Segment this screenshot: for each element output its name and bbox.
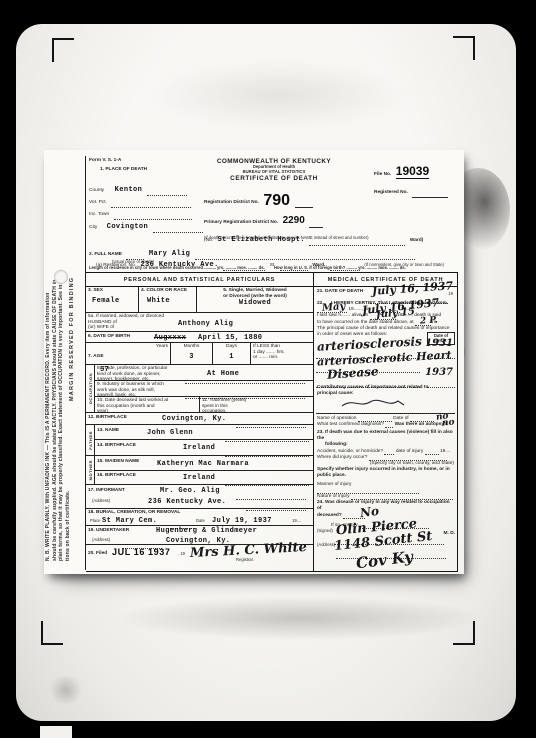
personal-column: PERSONAL AND STATISTICAL PARTICULARS 3. … bbox=[86, 273, 314, 571]
scan-edge-tab bbox=[40, 726, 72, 738]
manner-label: Manner of injury bbox=[317, 482, 351, 487]
occupation-block: OCCUPATION 8. Trade, profession, or part… bbox=[86, 365, 313, 413]
punch-hole bbox=[54, 270, 68, 284]
row-trade: 8. Trade, profession, or particular kind… bbox=[95, 365, 313, 381]
age-label: 7. AGE bbox=[88, 354, 104, 359]
race-cell: 4. COLOR OR RACE White bbox=[138, 287, 196, 312]
last-worked-cell: 10. Date deceased last worked at this oc… bbox=[95, 397, 199, 412]
row-filed: 20. Filed JUL 16 1937 , 19 Mrs H. C. Whi… bbox=[86, 545, 313, 563]
registration-district-label: Registration District No. bbox=[204, 200, 259, 205]
manner-line: Manner of injury bbox=[314, 482, 457, 494]
informant-address-value: 236 Kentucky Ave. bbox=[148, 498, 226, 506]
personal-section-title: PERSONAL AND STATISTICAL PARTICULARS bbox=[86, 273, 313, 287]
mother-birthplace-label: 16. BIRTHPLACE bbox=[97, 473, 136, 479]
filed-date-stamp: JUL 16 1937 bbox=[112, 547, 170, 557]
certificate-title: CERTIFICATE OF DEATH bbox=[204, 175, 344, 182]
row-spouse: 5a. If married, widowed, or divorced HUS… bbox=[86, 313, 313, 332]
crop-mark-top-right bbox=[453, 36, 475, 60]
row-father-name: 13. NAME John Glenn bbox=[95, 425, 313, 440]
row-industry: 9. Industry or business in which work wa… bbox=[95, 381, 313, 397]
registered-no-line: Registered No. bbox=[374, 180, 458, 198]
date-of-death-value: July 16, 1937 bbox=[372, 283, 453, 295]
dob-value: April 15, 1880 bbox=[198, 334, 262, 342]
city-line: City Covington bbox=[89, 215, 219, 233]
race-label: 4. COLOR OR RACE bbox=[141, 288, 194, 294]
marital-label: 5. Single, Married, Widowedor Divorced (… bbox=[199, 288, 311, 299]
rule-line bbox=[412, 192, 448, 198]
accident-label: Accident, suicide, or homicide? bbox=[317, 449, 383, 454]
months-label: Months bbox=[173, 344, 210, 350]
father-name-value: John Glenn bbox=[147, 429, 193, 437]
length-note: Length of residence in city or town wher… bbox=[89, 265, 265, 270]
informant-value: Mr. Geo. Alig bbox=[160, 487, 220, 495]
birthplace-label: 12. BIRTHPLACE bbox=[88, 415, 127, 421]
father-birthplace-value: Ireland bbox=[183, 444, 215, 452]
mother-name-label: 15. MAIDEN NAME bbox=[97, 459, 139, 465]
file-no-label: File No. bbox=[374, 172, 391, 177]
cause-of-death-1: arteriosclerosis bbox=[317, 338, 422, 350]
registration-district-number: 790 bbox=[263, 192, 290, 209]
undertaker-address-label: (Address) bbox=[92, 538, 110, 543]
age-days-cell: Days 1 bbox=[212, 343, 250, 364]
occupation-side-label: OCCUPATION bbox=[86, 365, 95, 412]
registration-district-line: Registration District No. 790 bbox=[204, 190, 364, 208]
rule-line bbox=[295, 202, 313, 208]
row-informant: 17. INFORMANT Mr. Geo. Alig (Address) 23… bbox=[86, 485, 313, 509]
city-label: City bbox=[89, 225, 97, 230]
margin-instructions: N. B. WRITE PLAINLY, With UNFADING INK —… bbox=[45, 181, 71, 561]
injury-date-label: date of injury bbox=[396, 449, 423, 454]
age-months-value: 3 bbox=[173, 353, 210, 361]
filed-year-suffix: , 19 bbox=[178, 552, 185, 557]
burial-date-label: Date bbox=[196, 519, 205, 524]
cause-line-3: Disease 1937 bbox=[314, 370, 457, 385]
cause-of-death-2b: Disease bbox=[327, 368, 379, 378]
sex-label: 3. SEX bbox=[88, 288, 136, 294]
signed-label: (Signed) bbox=[317, 528, 333, 533]
if-less-label: If LESS than 1 day ....... hrs. or .....… bbox=[253, 344, 311, 361]
row-date-of-birth: 6. DATE OF BIRTH Augxxxx April 15, 1880 bbox=[86, 332, 313, 343]
address-label: (Address) bbox=[317, 542, 335, 547]
burial-date-value: July 19, 1937 bbox=[212, 517, 272, 525]
dob-struck-value: Augxxxx bbox=[154, 334, 186, 342]
injury-year: 19.... bbox=[440, 449, 451, 454]
mother-name-value: Katheryn Mac Narmara bbox=[157, 460, 249, 468]
primary-registration-number: 2290 bbox=[283, 215, 305, 226]
dotted-line bbox=[153, 227, 203, 233]
md-label: M. D. bbox=[444, 531, 455, 537]
age-years-cell: 7. AGE Years 57 bbox=[86, 343, 170, 364]
race-value: White bbox=[147, 297, 194, 305]
filed-label: 20. Filed bbox=[88, 551, 107, 557]
autopsy-line: What test confirmed diagnosis? Was there… bbox=[314, 422, 457, 428]
undertaker-value: Hugenberg & Glindmeyer bbox=[156, 527, 257, 535]
registered-no-label: Registered No. bbox=[374, 190, 408, 195]
row-mother-birthplace: 16. BIRTHPLACE Ireland bbox=[95, 471, 313, 484]
registrar-label: Registrar. bbox=[236, 558, 254, 563]
dob-label: 6. DATE OF BIRTH bbox=[88, 334, 130, 340]
specify-where-line-2: public place. bbox=[314, 473, 457, 479]
marital-cell: 5. Single, Married, Widowedor Divorced (… bbox=[196, 287, 313, 312]
date-of-label: Date of bbox=[393, 416, 408, 421]
address-line-2: Cov Ky bbox=[314, 557, 457, 573]
row-father-birthplace: 14. BIRTHPLACE Ireland bbox=[95, 440, 313, 455]
row-birthplace: 12. BIRTHPLACE Covington, Ky. bbox=[86, 413, 313, 425]
foreign-note: How long in U. S. if of foreign birth? .… bbox=[274, 265, 406, 270]
father-name-label: 13. NAME bbox=[97, 428, 119, 434]
years-label: Years bbox=[156, 344, 168, 350]
main-box: PERSONAL AND STATISTICAL PARTICULARS 3. … bbox=[86, 272, 458, 572]
institution-note: (If death occurred in a hospital or inst… bbox=[204, 236, 458, 241]
row-sex-race-marital: 3. SEX Female 4. COLOR OR RACE White 5. … bbox=[86, 287, 313, 313]
where-label: Where did injury occur? bbox=[317, 455, 367, 460]
father-block: FATHER 13. NAME John Glenn 14. BIRTHPLAC… bbox=[86, 425, 313, 456]
autopsy-label: Was there an autopsy? bbox=[395, 422, 447, 427]
nature-label: Nature of injury bbox=[317, 494, 350, 499]
birthplace-value: Covington, Ky. bbox=[162, 415, 226, 423]
burial-year-suffix: 19.... bbox=[292, 519, 301, 524]
dotted-line bbox=[316, 408, 452, 414]
test-label: What test confirmed diagnosis? bbox=[317, 422, 384, 427]
informant-label: 17. INFORMANT bbox=[88, 488, 125, 494]
mother-block: MOTHER 15. MAIDEN NAME Katheryn Mac Narm… bbox=[86, 456, 313, 485]
row-mother-name: 15. MAIDEN NAME Katheryn Mac Narmara bbox=[95, 456, 313, 471]
days-label: Days bbox=[215, 344, 248, 350]
mother-side-label: MOTHER bbox=[86, 456, 95, 484]
burial-place-label: Place bbox=[90, 519, 100, 524]
sex-value: Female bbox=[92, 297, 136, 305]
row-age: 7. AGE Years 57 Months 3 Days 1 bbox=[86, 343, 313, 365]
certificate-form: Form V. S. 1-A 1. PLACE OF DEATH County … bbox=[85, 156, 458, 570]
medical-column: MEDICAL CERTIFICATE OF DEATH 21. DATE OF… bbox=[314, 273, 457, 571]
occupation-question-line: 24. Was disease or injury in any way rel… bbox=[314, 500, 457, 512]
spouse-value: Anthony Alig bbox=[178, 320, 233, 328]
sex-cell: 3. SEX Female bbox=[86, 287, 138, 312]
primary-registration-line: Primary Registration District No. 2290 bbox=[204, 210, 374, 228]
age-hours-cell: If LESS than 1 day ....... hrs. or .....… bbox=[250, 343, 313, 364]
margin-binding-note: MARGIN RESERVED FOR BINDING bbox=[69, 201, 75, 401]
age-months-cell: Months 3 bbox=[170, 343, 212, 364]
marital-value: Widowed bbox=[199, 299, 311, 307]
hour-of-death-value: 2 P. bbox=[420, 317, 438, 324]
burial-label: 18. BURIAL, CREMATION, OR REMOVAL bbox=[88, 510, 180, 516]
death-certificate: N. B. WRITE PLAINLY, With UNFADING INK —… bbox=[44, 150, 464, 574]
length-of-residence-note: Length of residence in city or town wher… bbox=[89, 266, 458, 271]
crop-mark-bottom-left bbox=[41, 621, 63, 645]
certificate-header: Form V. S. 1-A 1. PLACE OF DEATH County … bbox=[86, 156, 458, 272]
row-burial: 18. BURIAL, CREMATION, OR REMOVAL Place … bbox=[86, 509, 313, 526]
date-of-death-label: 21. DATE OF DEATH bbox=[317, 289, 363, 294]
occurred-text-1: to have occurred on the date stated abov… bbox=[317, 320, 414, 325]
file-number: 19039 bbox=[396, 164, 429, 179]
physician-city: Cov Ky bbox=[356, 553, 413, 566]
occupation-answer: No bbox=[360, 507, 380, 516]
place-of-death-label: 1. PLACE OF DEATH bbox=[100, 167, 147, 173]
file-no-line: File No. 19039 bbox=[374, 162, 458, 180]
father-birthplace-label: 14. BIRTHPLACE bbox=[97, 443, 136, 449]
cause-of-death-2: arteriosclerotic Heart bbox=[317, 353, 452, 366]
contributory-answer bbox=[314, 398, 457, 412]
total-time-cell: 11. Total time (years) spent in this occ… bbox=[199, 397, 313, 412]
dod-year-printed: 19 bbox=[448, 292, 453, 297]
dotted-line bbox=[236, 494, 306, 500]
operation-label: Name of operation bbox=[317, 416, 356, 421]
commonwealth-block: COMMONWEALTH OF KENTUCKY Department of H… bbox=[204, 158, 344, 182]
father-side-label: FATHER bbox=[86, 425, 95, 455]
age-days-value: 1 bbox=[215, 353, 248, 361]
row-last-worked: 10. Date deceased last worked at this oc… bbox=[95, 397, 313, 412]
mother-birthplace-value: Ireland bbox=[183, 474, 215, 482]
form-number: Form V. S. 1-A bbox=[89, 158, 121, 164]
city-value: Covington bbox=[107, 223, 148, 231]
external-causes-line: 23. If death was due to external causes … bbox=[314, 430, 457, 442]
trade-value: At Home bbox=[207, 370, 239, 378]
spouse-label: 5a. If married, widowed, or divorced HUS… bbox=[88, 314, 164, 331]
cause-2-onset-year: 1937 bbox=[425, 370, 453, 376]
deceased-label: deceased? bbox=[317, 513, 342, 518]
dotted-line bbox=[385, 422, 393, 428]
last-saw-text: I last saw h....... alive on bbox=[317, 313, 368, 318]
undertaker-label: 19. UNDERTAKER bbox=[88, 528, 129, 534]
primary-registration-label: Primary Registration District No. bbox=[204, 220, 278, 225]
autopsy-answer: no bbox=[442, 419, 455, 426]
crop-mark-top-left bbox=[52, 38, 74, 62]
cause-1-onset-year: 1931 bbox=[425, 341, 453, 347]
crop-mark-bottom-right bbox=[453, 621, 475, 645]
informant-address-label: (Address) bbox=[92, 499, 110, 504]
burial-place-value: St Mary Cem. bbox=[102, 517, 157, 525]
